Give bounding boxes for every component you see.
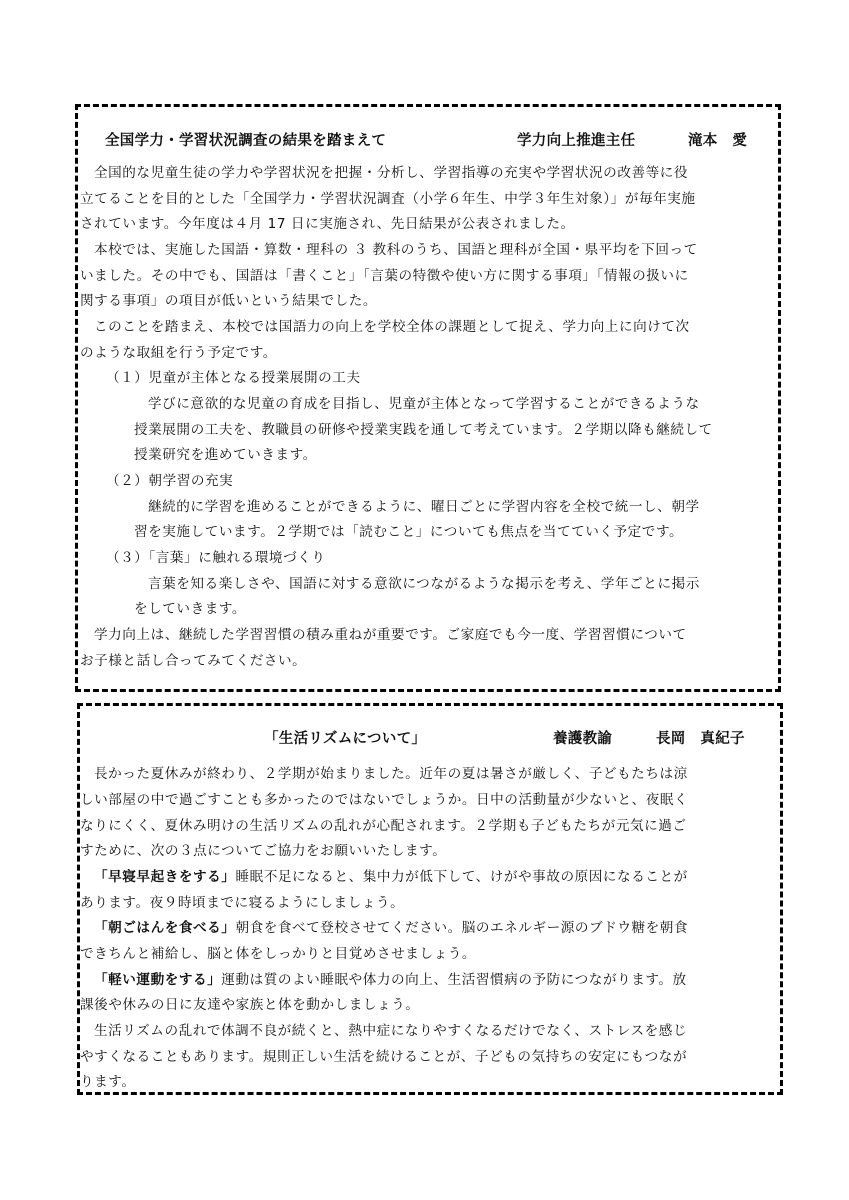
closing-line: ります。 [80, 1072, 136, 1092]
closing-line: 生活リズムの乱れで体調不良が続くと、熱中症になりやすくなるだけでなく、ストレスを… [94, 1021, 687, 1041]
item-line: をしていきます。 [134, 599, 246, 619]
paragraph-line: 立てることを目的とした「全国学力・学習状況調査（小学６年生、中学３年生対象）」が… [80, 189, 696, 209]
point-line: 課後や休みの日に友達や家族と体を動かしましょう。 [80, 995, 419, 1015]
section-title: 全国学力・学習状況調査の結果を踏まえて [105, 129, 386, 150]
closing-line: お子様と話し合ってみてください。 [80, 651, 306, 671]
item-heading: （１）児童が主体となる授業展開の工夫 [106, 368, 361, 388]
item-heading: （２）朝学習の充実 [106, 471, 233, 491]
paragraph-line: このことを踏まえ、本校では国語力の向上を学校全体の課題として捉え、学力向上に向け… [94, 317, 690, 337]
point-line: 「軽い運動をする」運動は質のよい睡眠や体力の向上、生活習慣病の予防につながります… [94, 970, 687, 990]
point-keyword: 「朝ごはんを食べる」 [94, 920, 235, 936]
item-line: 授業研究を進めていきます。 [134, 445, 317, 465]
point-line: できちんと補給し、脳と体をしっかりと目覚めさせましょう。 [80, 944, 476, 964]
closing-line: 学力向上は、継続した学習習慣の積み重ねが重要です。ご家庭でも今一度、学習習慣につ… [94, 625, 687, 645]
section-title: 「生活リズムについて」 [264, 727, 426, 748]
paragraph-line: 全国的な児童生徒の学力や学習状況を把握・分析し、学習指導の充実や学習状況の改善等… [94, 163, 688, 183]
point-line: 「朝ごはんを食べる」朝食を食べて登校させてください。脳のエネルギー源のブドウ糖を… [94, 918, 688, 938]
paragraph-line: しい部屋の中で過ごすことも多かったのではないでしょうか。日中の活動量が少ないと、… [80, 790, 688, 810]
life-rhythm-section: 「生活リズムについて」 養護教諭 長岡 真紀子 長かった夏休みが終わり、２学期が… [77, 703, 783, 1095]
paragraph-line: 本校では、実施した国語・算数・理科の ３ 教科のうち、国語と理科が全国・県平均を… [94, 240, 698, 260]
item-heading: （３）「言葉」に触れる環境づくり [106, 548, 326, 568]
author-role: 養護教諭 [553, 727, 612, 748]
point-line: 「早寝早起きをする」睡眠不足になると、集中力が低下して、けがや事故の原因になるこ… [94, 867, 688, 887]
point-keyword: 「早寝早起きをする」 [94, 869, 235, 885]
item-line: 授業展開の工夫を、教職員の研修や授業実践を通して考えています。２学期以降も継続し… [134, 420, 713, 440]
item-line: 言葉を知る楽しさや、国語に対する意欲につながるような掲示を考え、学年ごとに掲示 [148, 574, 700, 594]
paragraph-line: されています。今年度は４月 17 日に実施され、先日結果が公表されました。 [80, 214, 575, 234]
paragraph-line: いました。その中でも、国語は「書くこと」「言葉の特徴や使い方に関する事項」「情報… [80, 266, 689, 286]
paragraph-line: 長かった夏休みが終わり、２学期が始まりました。近年の夏は暑さが厳しく、子どもたち… [94, 764, 688, 784]
author-name: 長岡 真紀子 [656, 727, 745, 748]
closing-line: やすくなることもあります。規則正しい生活を続けることが、子どもの気持ちの安定にも… [80, 1047, 687, 1067]
item-line: 学びに意欲的な児童の育成を目指し、児童が主体となって学習することができるような [148, 394, 700, 414]
academic-survey-section: 全国学力・学習状況調査の結果を踏まえて 学力向上推進主任 滝本 愛 全国的な児童… [75, 104, 781, 692]
paragraph-line: のような取組を行う予定です。 [80, 343, 277, 363]
author-role: 学力向上推進主任 [517, 129, 635, 150]
paragraph-line: なりにくく、夏休み明けの生活リズムの乱れが心配されます。２学期も子どもたちが元気… [80, 816, 687, 836]
item-line: 習を実施しています。２学期では「読むこと」についても焦点を当てていく予定です。 [134, 522, 683, 542]
paragraph-line: すために、次の３点についてご協力をお願いいたします。 [80, 841, 446, 861]
point-keyword: 「軽い運動をする」 [94, 972, 221, 988]
item-line: 継続的に学習を進めることができるように、曜日ごとに学習内容を全校で統一し、朝学 [148, 497, 700, 517]
paragraph-line: 関する事項」の項目が低いという結果でした。 [80, 291, 377, 311]
author-name: 滝本 愛 [688, 129, 747, 150]
point-line: あります。夜９時頃までに寝るようにしましょう。 [80, 893, 404, 913]
